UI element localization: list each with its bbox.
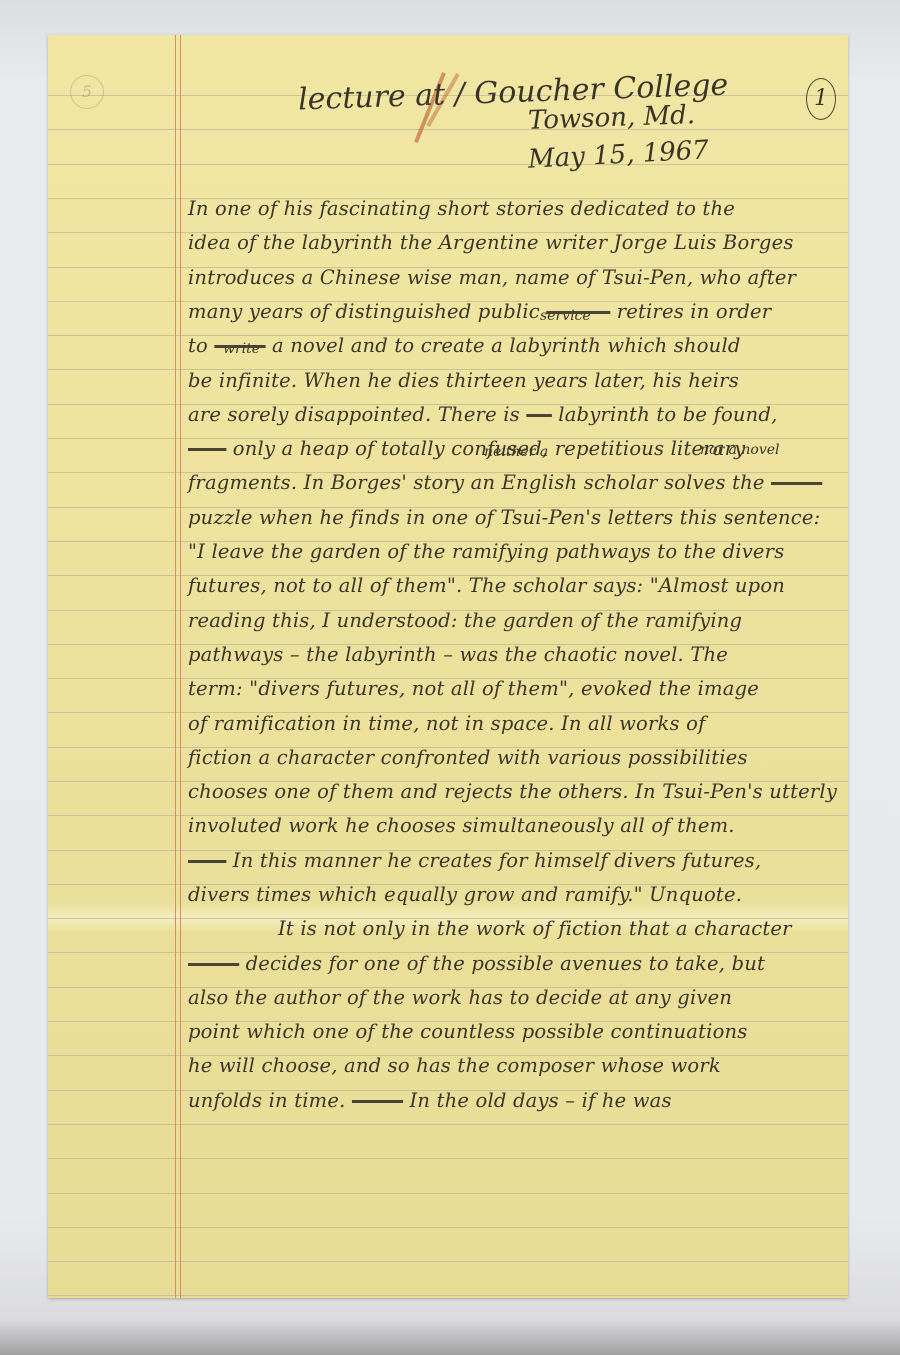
manuscript-line: to a novel and to create a labyrinth whi… xyxy=(188,334,818,357)
manuscript-line: reading this, I understood: the garden o… xyxy=(188,609,818,632)
circled-page-number: 1 xyxy=(806,78,836,120)
manuscript-line: are sorely disappointed. There is labyri… xyxy=(188,403,818,426)
manuscript-line: pathways – the labyrinth – was the chaot… xyxy=(188,643,818,666)
rule-line xyxy=(48,1227,848,1228)
manuscript-line: puzzle when he finds in one of Tsui-Pen'… xyxy=(188,506,818,529)
rule-line xyxy=(48,1261,848,1262)
manuscript-line: idea of the labyrinth the Argentine writ… xyxy=(188,231,818,254)
rule-line xyxy=(48,1295,848,1296)
crossed-out-word xyxy=(546,300,610,323)
manuscript-line: involuted work he chooses simultaneously… xyxy=(188,814,818,837)
heading-location: Towson, Md. xyxy=(528,100,696,136)
scan-shadow xyxy=(0,1320,900,1355)
manuscript-line: chooses one of them and rejects the othe… xyxy=(188,780,818,803)
manuscript-line: introduces a Chinese wise man, name of T… xyxy=(188,266,818,289)
crossed-out-word xyxy=(188,952,239,975)
manuscript-line: "I leave the garden of the ramifying pat… xyxy=(188,540,818,563)
manuscript-line: also the author of the work has to decid… xyxy=(188,986,818,1009)
manuscript-line: point which one of the countless possibl… xyxy=(188,1020,818,1043)
manuscript-line: fragments. In Borges' story an English s… xyxy=(188,471,818,494)
heading-date: May 15, 1967 xyxy=(527,135,709,174)
manuscript-line: divers times which equally grow and rami… xyxy=(188,883,818,906)
legal-pad-page: 5 1 lecture at / Goucher College Towson,… xyxy=(48,35,848,1298)
manuscript-line: In one of his fascinating short stories … xyxy=(188,197,818,220)
manuscript-line: decides for one of the possible avenues … xyxy=(188,952,818,975)
crossed-out-word xyxy=(188,437,226,460)
rule-line xyxy=(48,164,848,165)
crossed-out-word xyxy=(526,403,552,426)
manuscript-line: term: "divers futures, not all of them",… xyxy=(188,677,818,700)
crossed-out-word xyxy=(771,471,822,494)
manuscript-line: only a heap of totally confused, repetit… xyxy=(188,437,818,460)
crossed-out-word xyxy=(214,334,265,357)
margin-line xyxy=(175,35,176,1298)
manuscript-line: fiction a character confronted with vari… xyxy=(188,746,818,769)
margin-line xyxy=(180,35,181,1298)
manuscript-line: many years of distinguished public retir… xyxy=(188,300,818,323)
rule-line xyxy=(48,129,848,130)
rule-line xyxy=(48,1124,848,1125)
manuscript-line: he will choose, and so has the composer … xyxy=(188,1054,818,1077)
manuscript-line: unfolds in time. In the old days – if he… xyxy=(188,1089,818,1112)
manuscript-line: of ramification in time, not in space. I… xyxy=(188,712,818,735)
manuscript-line: It is not only in the work of fiction th… xyxy=(278,917,818,940)
manuscript-line: be infinite. When he dies thirteen years… xyxy=(188,369,818,392)
rule-line xyxy=(48,1158,848,1159)
manuscript-line: futures, not to all of them". The schola… xyxy=(188,574,818,597)
crossed-out-word xyxy=(188,849,226,872)
circled-margin-mark: 5 xyxy=(70,75,104,109)
rule-line xyxy=(48,1193,848,1194)
crossed-out-word xyxy=(352,1089,403,1112)
manuscript-line: In this manner he creates for himself di… xyxy=(188,849,818,872)
